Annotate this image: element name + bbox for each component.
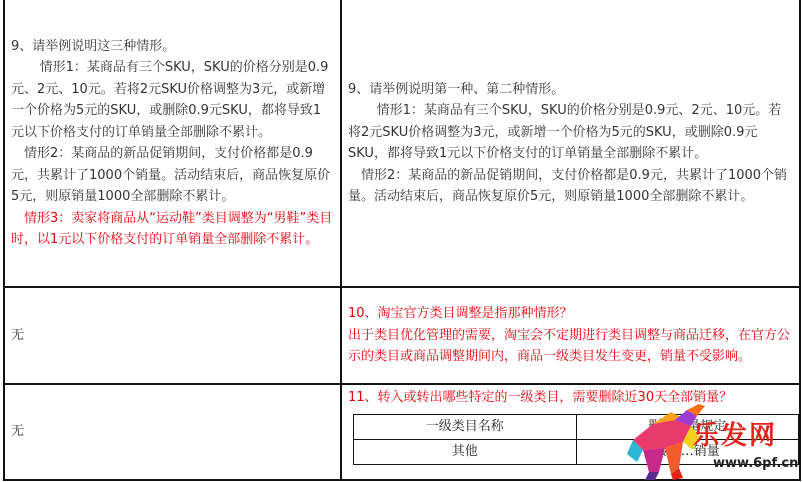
case1-text-old: 情形1：某商品有三个SKU，SKU的价格分别是0.9元、2元、10元。若将2元S… bbox=[11, 57, 334, 143]
none-text: 无 bbox=[11, 421, 334, 443]
watermark-url: www.6pf.cn bbox=[713, 456, 798, 471]
header-category-name: 一级类目名称 bbox=[354, 414, 577, 439]
table-row: 无 10、淘宝官方类目调整是指那种情形？ 出于类目优化管理的需要，淘宝会不定期进… bbox=[4, 287, 800, 384]
case2-text-old: 情形2：某商品的新品促销期间，支付价格都是0.9元，共累计了1000个销量。活动… bbox=[11, 143, 334, 208]
cell-new-q10: 10、淘宝官方类目调整是指那种情形？ 出于类目优化管理的需要，淘宝会不定期进行类… bbox=[341, 287, 800, 384]
table-row: 9、请举例说明这三种情形。 情形1：某商品有三个SKU，SKU的价格分别是0.9… bbox=[4, 0, 800, 287]
cell-new-q9: 9、请举例说明第一种、第二种情形。 情形1：某商品有三个SKU，SKU的价格分别… bbox=[341, 0, 800, 287]
cell-old-q11: 无 bbox=[4, 384, 341, 480]
q10-heading: 10、淘宝官方类目调整是指那种情形？ bbox=[348, 303, 793, 325]
case1-text-new: 情形1：某商品有三个SKU，SKU的价格分别是0.9元、2元、10元。若将2元S… bbox=[348, 100, 793, 165]
category-name-cell: 其他 bbox=[354, 439, 577, 464]
none-text: 无 bbox=[11, 325, 334, 347]
watermark-brand: 乐发网 bbox=[693, 415, 777, 452]
cell-old-q10: 无 bbox=[4, 287, 341, 384]
cell-old-q9: 9、请举例说明这三种情形。 情形1：某商品有三个SKU，SKU的价格分别是0.9… bbox=[4, 0, 341, 287]
case3-text-old: 情形3：卖家将商品从“运动鞋”类目调整为“男鞋”类目时，以1元以下价格支付的订单… bbox=[11, 208, 334, 251]
q9-heading-old: 9、请举例说明这三种情形。 bbox=[11, 36, 334, 58]
case2-text-new: 情形2：某商品的新品促销期间，支付价格都是0.9元，共累计了1000个销量。活动… bbox=[348, 165, 793, 208]
q9-heading-new: 9、请举例说明第一种、第二种情形。 bbox=[348, 79, 793, 101]
q10-body: 出于类目优化管理的需要，淘宝会不定期进行类目调整与商品迁移，在官方公示的类目或商… bbox=[348, 325, 793, 368]
